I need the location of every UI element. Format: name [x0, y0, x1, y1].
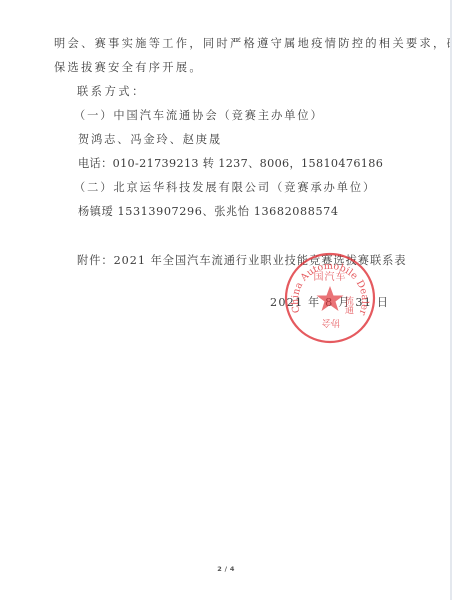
document-page: 明会、赛事实施等工作，同时严格遵守属地疫情防控的相关要求，确 保选拔赛安全有序开…: [0, 0, 452, 600]
svg-text:国汽车: 国汽车: [314, 271, 347, 283]
paragraph-line-1: 明会、赛事实施等工作，同时严格遵守属地疫情防控的相关要求，确: [54, 37, 452, 51]
organizer-phone: 电话：010-21739213 转 1237、8006，15810476186: [78, 157, 383, 171]
organizer-heading: （一）中国汽车流通协会（竞赛主办单位）: [74, 109, 324, 123]
co-organizer-heading: （二）北京运华科技发展有限公司（竞赛承办单位）: [74, 181, 376, 195]
svg-text:协会: 协会: [322, 317, 340, 329]
seal-outer-text: China Automobile Dealers Association: [284, 252, 370, 317]
svg-text:流通: 流通: [343, 295, 354, 314]
page-indicator: 2 / 4: [0, 565, 452, 573]
contacts-heading: 联系方式：: [77, 85, 146, 99]
co-organizer-contacts: 杨镇瑷 15313907296、张兆怡 13682088574: [78, 205, 339, 219]
official-seal-stamp: China Automobile Dealers Association 国汽车…: [284, 252, 376, 344]
seal-star-icon: [317, 286, 344, 311]
paragraph-line-2: 保选拔赛安全有序开展。: [54, 61, 203, 75]
svg-text:China Automobile Dealers Assoc: China Automobile Dealers Association: [284, 252, 370, 317]
organizer-people: 贺鸿志、冯金玲、赵庚晟: [78, 133, 222, 147]
